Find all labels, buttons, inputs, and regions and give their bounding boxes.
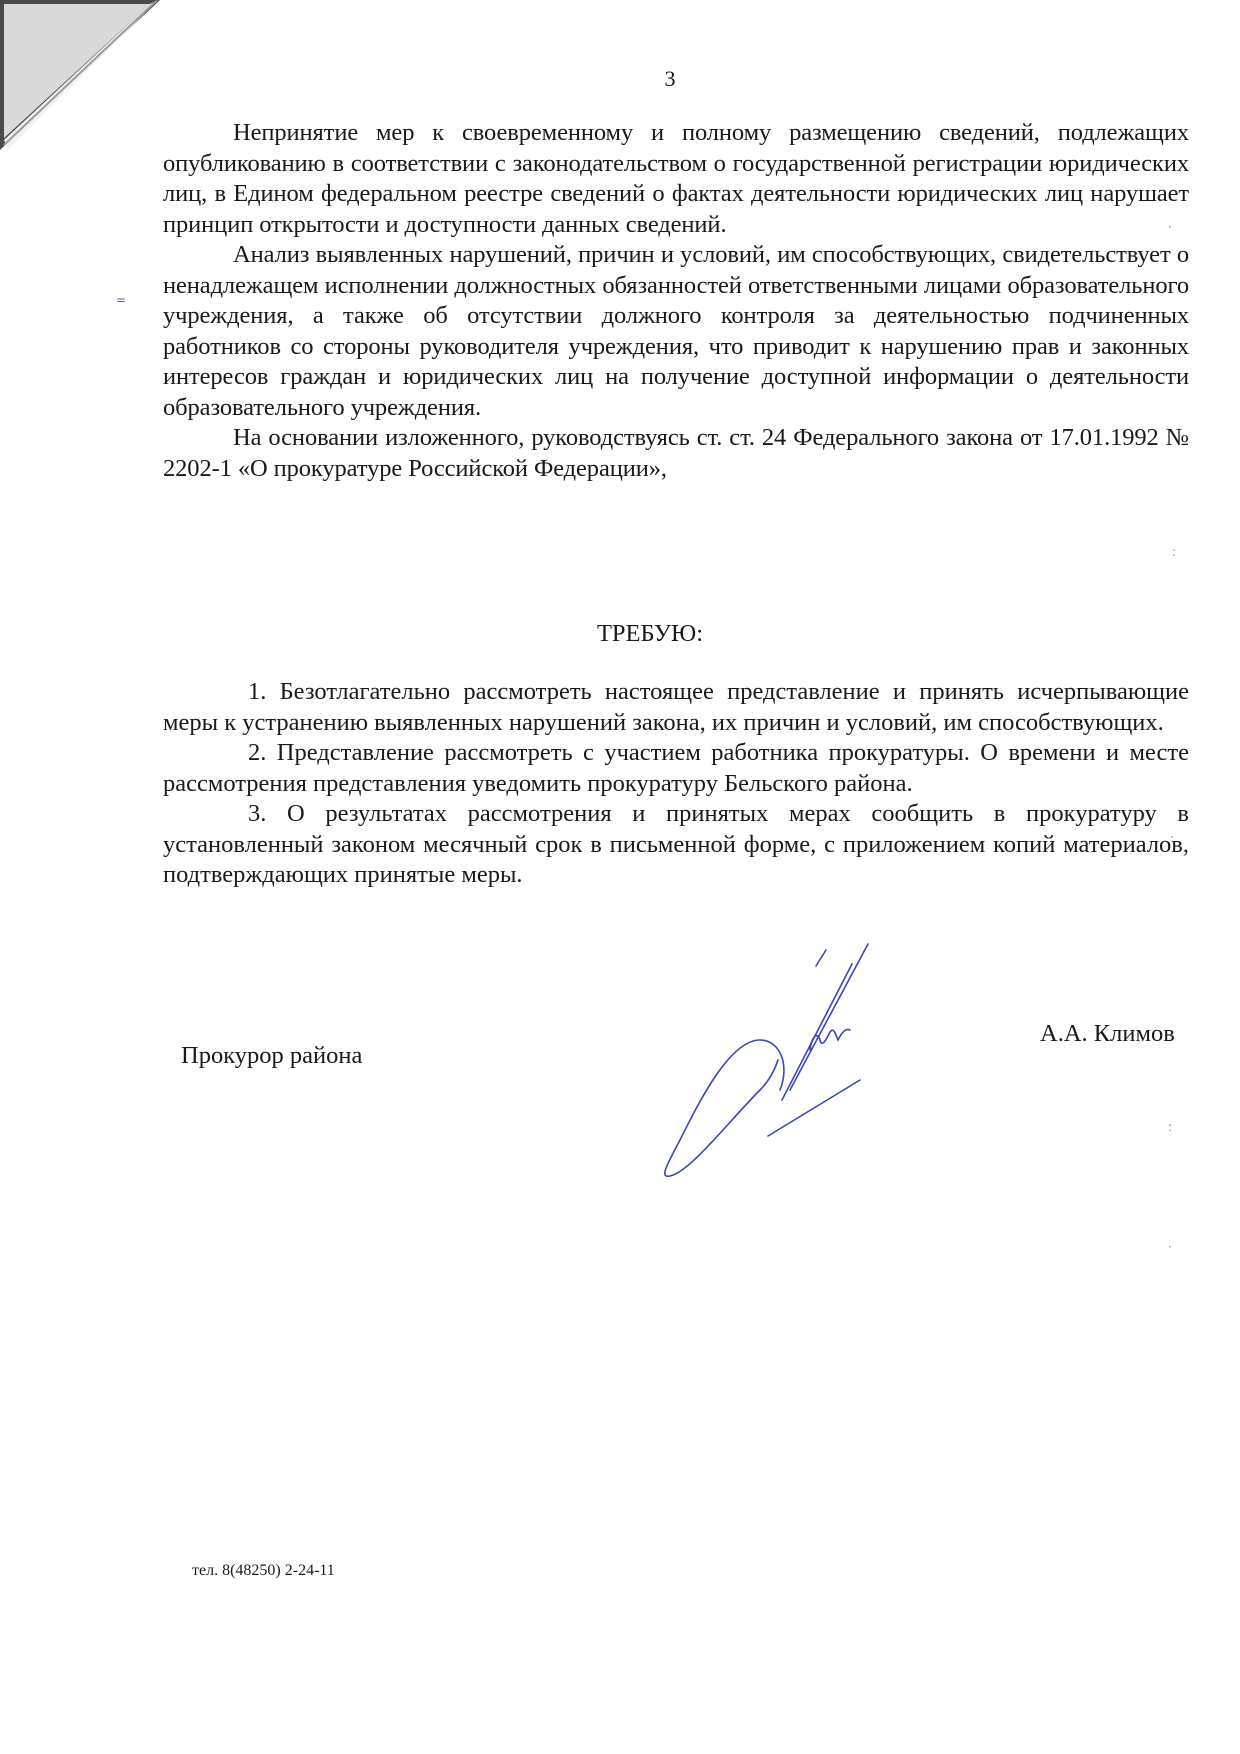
paragraph-analysis: Анализ выявленных нарушений, причин и ус… xyxy=(163,240,1189,423)
paragraph-publication-violation: Непринятие мер к своевременному и полном… xyxy=(163,118,1189,240)
demand-item: 1. Безотлагательно рассмотреть настоящее… xyxy=(163,677,1189,738)
signer-title: Прокурор района xyxy=(181,1042,362,1070)
handwritten-signature-icon xyxy=(640,940,900,1180)
scan-artifact: · xyxy=(1168,1240,1172,1254)
paragraph-legal-basis: На основании изложенного, руководствуясь… xyxy=(163,423,1189,484)
signer-name: А.А. Климов xyxy=(1040,1020,1175,1048)
scan-artifact: : xyxy=(1172,545,1176,559)
demands-list: 1. Безотлагательно рассмотреть настоящее… xyxy=(163,677,1189,891)
demand-item: 2. Представление рассмотреть с участием … xyxy=(163,738,1189,799)
scan-artifact: : xyxy=(1168,1120,1172,1134)
scanned-document-page: 3 Непринятие мер к своевременному и полн… xyxy=(0,0,1240,1754)
body-text: Непринятие мер к своевременному и полном… xyxy=(163,118,1189,484)
scan-artifact: · xyxy=(1170,830,1174,844)
page-number: 3 xyxy=(0,66,1240,92)
demand-heading: ТРЕБУЮ: xyxy=(0,620,1240,648)
footer-phone: тел. 8(48250) 2-24-11 xyxy=(192,1562,335,1580)
scan-artifact: = xyxy=(116,293,126,307)
scan-artifact: · xyxy=(1168,220,1172,234)
demand-item: 3. О результатах рассмотрения и принятых… xyxy=(163,799,1189,891)
